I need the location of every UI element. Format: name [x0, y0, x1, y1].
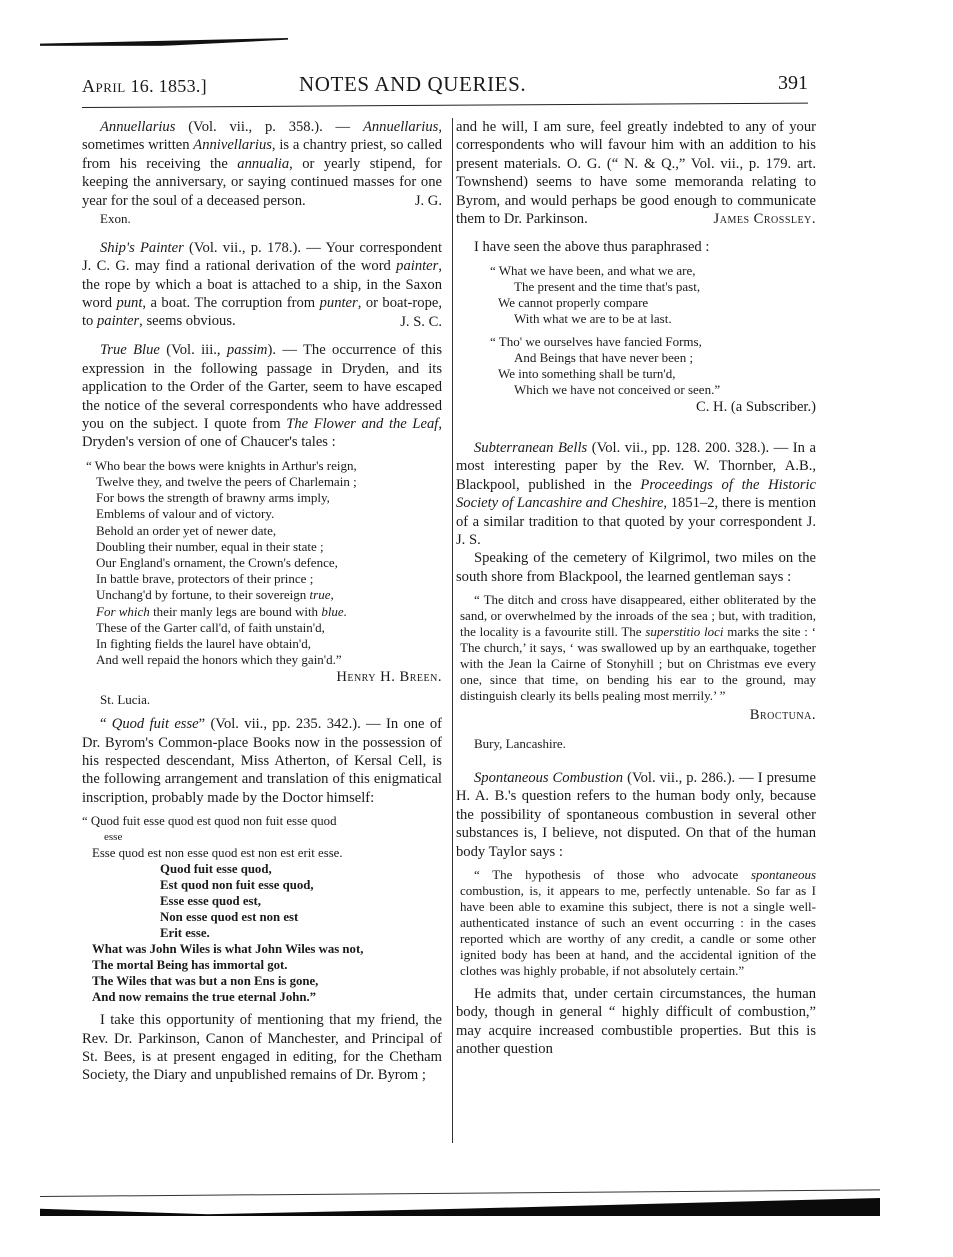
verse-line: Erit esse. [82, 925, 442, 941]
signature: Broctuna. [456, 706, 816, 724]
verse-line: The mortal Being has immortal got. [82, 957, 442, 973]
latin-inscription: “ Quod fuit esse quod est quod non fuit … [82, 813, 442, 1005]
paraphrase-stanza-1: “ What we have been, and what we are, Th… [456, 263, 816, 328]
verse-line: Quod fuit esse quod, [82, 861, 442, 877]
column-divider [452, 118, 453, 1143]
article-subterranean-bells: Subterranean Bells (Vol. vii., pp. 128. … [456, 439, 816, 753]
verse-line: And now remains the true eternal John.” [82, 989, 442, 1005]
verse-line: Which we have not conceived or seen.” [498, 382, 816, 398]
article-spontaneous-combustion: Spontaneous Combustion (Vol. vii., p. 28… [456, 769, 816, 1059]
block-quote: “ The hypothesis of those who advocate s… [456, 867, 816, 979]
article-annuellarius: Annuellarius (Vol. vii., p. 358.). — Ann… [82, 118, 442, 229]
verse-line: “ Tho' we ourselves have fancied Forms, [490, 334, 816, 350]
verse-line: For bows the strength of brawny arms imp… [96, 490, 442, 506]
verse-line: The Wiles that was but a non Ens is gone… [82, 973, 442, 989]
place: Bury, Lancashire. [456, 735, 816, 753]
scan-artifact-top [40, 38, 288, 52]
paragraph: True Blue (Vol. iii., passim). — The occ… [82, 341, 442, 451]
place: Exon. [82, 210, 442, 228]
verse-line: Est quod non fuit esse quod, [82, 877, 442, 893]
verse-line: Esse esse quod est, [82, 893, 442, 909]
verse-line: And Beings that have never been ; [498, 350, 816, 366]
article-paraphrase: I have seen the above thus paraphrased :… [456, 238, 816, 416]
verse-line: These of the Garter call'd, of faith uns… [96, 620, 442, 636]
paragraph: “ Quod fuit esse” (Vol. vii., pp. 235. 3… [82, 715, 442, 807]
verse-line: The present and the time that's past, [498, 279, 816, 295]
journal-title: NOTES AND QUERIES. [299, 72, 526, 97]
signature: James Crossley. [714, 210, 816, 228]
verse-line: “ What we have been, and what we are, [490, 263, 816, 279]
left-column: Annuellarius (Vol. vii., p. 358.). — Ann… [82, 118, 442, 1085]
verse-line: For which their manly legs are bound wit… [96, 604, 442, 620]
right-column: and he will, I am sure, feel greatly ind… [456, 118, 816, 1059]
header-rule [82, 103, 808, 108]
verse-line: Doubling their number, equal in their st… [96, 539, 442, 555]
verse-line: Behold an order yet of newer date, [96, 523, 442, 539]
verse-line: In fighting fields the laurel have obtai… [96, 636, 442, 652]
dryden-verse: “ Who bear the bows were knights in Arth… [82, 458, 442, 669]
header-date: April 16. 1853.] [82, 76, 207, 97]
verse-line: What was John Wiles is what John Wiles w… [82, 941, 442, 957]
verse-line: Emblems of valour and of victory. [96, 506, 442, 522]
verse-line: And well repaid the honors which they ga… [96, 652, 442, 668]
article-continuation: and he will, I am sure, feel greatly ind… [456, 118, 816, 228]
scan-artifact-bottom [40, 1198, 880, 1216]
paragraph: Subterranean Bells (Vol. vii., pp. 128. … [456, 439, 816, 549]
verse-line: Non esse quod est non est [82, 909, 442, 925]
scan-artifact-bottom-line [40, 1189, 880, 1197]
verse-line: Esse quod est non esse quod est non est … [82, 845, 442, 861]
article-ships-painter: Ship's Painter (Vol. vii., p. 178.). — Y… [82, 239, 442, 331]
paragraph: I have seen the above thus paraphrased : [456, 238, 816, 256]
verse-line: In battle brave, protectors of their pri… [96, 571, 442, 587]
verse-line: esse [82, 829, 442, 845]
paragraph: I take this opportunity of mentioning th… [82, 1011, 442, 1085]
paraphrase-stanza-2: “ Tho' we ourselves have fancied Forms, … [456, 334, 816, 399]
paragraph: and he will, I am sure, feel greatly ind… [456, 118, 816, 228]
paragraph: He admits that, under certain circumstan… [456, 985, 816, 1059]
verse-line: With what we are to be at last. [498, 311, 816, 327]
paragraph: Spontaneous Combustion (Vol. vii., p. 28… [456, 769, 816, 861]
verse-line: Our England's ornament, the Crown's defe… [96, 555, 442, 571]
verse-line: We into something shall be turn'd, [498, 366, 816, 382]
block-quote: “ The ditch and cross have disappeared, … [456, 592, 816, 704]
page-header: April 16. 1853.] NOTES AND QUERIES. 391 [82, 72, 808, 102]
signature: Henry H. Breen. [82, 668, 442, 686]
verse-line: Twelve they, and twelve the peers of Cha… [96, 474, 442, 490]
page-number: 391 [778, 72, 808, 95]
verse-line: We cannot properly compare [498, 295, 816, 311]
verse-line: “ Who bear the bows were knights in Arth… [86, 458, 442, 474]
place: St. Lucia. [82, 691, 442, 709]
verse-line: Unchang'd by fortune, to their sovereign… [96, 587, 442, 603]
article-true-blue: True Blue (Vol. iii., passim). — The occ… [82, 341, 442, 709]
verse-line: “ Quod fuit esse quod est quod non fuit … [82, 813, 442, 829]
article-quod-fuit-esse: “ Quod fuit esse” (Vol. vii., pp. 235. 3… [82, 715, 442, 1085]
signature: C. H. (a Subscriber.) [456, 398, 816, 416]
paragraph: Speaking of the cemetery of Kilgrimol, t… [456, 549, 816, 586]
